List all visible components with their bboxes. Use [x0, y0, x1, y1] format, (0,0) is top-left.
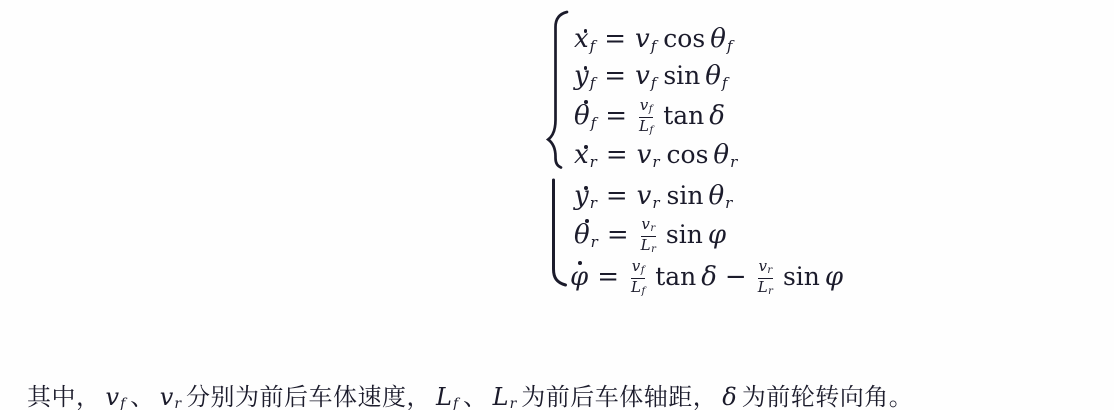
math-variable: vr — [160, 385, 181, 410]
subscript: f — [649, 104, 653, 115]
math-variable: vf — [632, 259, 645, 276]
fraction-denominator: Lf — [639, 119, 653, 136]
caption-text: 、 — [130, 383, 155, 410]
math-variable: vf — [635, 63, 656, 91]
caption-text: 其中， — [27, 383, 101, 410]
caption-text: 分别为前后车体速度， — [186, 383, 431, 410]
math-variable: xr — [574, 142, 597, 170]
fraction: vfLf — [639, 98, 653, 136]
subscript: r — [650, 223, 655, 234]
math-operator: tan — [663, 101, 704, 130]
equation-row-7: φ=vfLftanδ−vrLrsinφ — [570, 259, 843, 290]
math-operator: sin — [667, 181, 704, 210]
equals-sign: = — [604, 61, 626, 91]
derivative-dot-icon — [584, 100, 588, 104]
math-variable: xf — [574, 26, 595, 54]
math-variable: φ — [708, 222, 726, 248]
math-variable: Lr — [493, 385, 517, 410]
math-operator: tan — [655, 262, 696, 291]
math-variable: vr — [637, 142, 660, 170]
subscript: f — [641, 286, 645, 297]
equation-row-1: xf=vfcosθf — [574, 23, 732, 54]
equals-sign: = — [597, 262, 619, 292]
math-variable: Lf — [639, 119, 653, 136]
subscript: r — [651, 244, 656, 255]
variables-description: 其中，vf、vr分别为前后车体速度，Lf、Lr为前后车体轴距，δ为前轮转向角。 — [27, 380, 913, 410]
math-variable: Lf — [631, 280, 645, 297]
subscript: r — [730, 153, 737, 171]
subscript: f — [641, 265, 645, 276]
math-variable: Lr — [758, 280, 773, 297]
math-variable: δ — [709, 103, 725, 129]
fraction-numerator: vr — [641, 217, 656, 234]
math-variable: δ — [722, 385, 736, 409]
subscript: f — [727, 37, 733, 55]
math-variable: vr — [637, 183, 660, 211]
math-variable: φ — [825, 264, 843, 290]
caption-text: 为前轮转向角。 — [742, 383, 914, 410]
fraction-numerator: vf — [631, 259, 645, 276]
math-variable: Lf — [436, 385, 458, 410]
math-operator: sin — [666, 220, 703, 249]
math-variable: θf — [710, 26, 732, 54]
equation-row-6: θr=vrLrsinφ — [574, 217, 726, 248]
math-operator: cos — [663, 24, 705, 53]
fraction-numerator: vf — [639, 98, 653, 115]
math-variable: Lr — [641, 238, 656, 255]
subscript: f — [651, 37, 657, 55]
subscript: r — [768, 286, 773, 297]
math-variable: θf — [574, 103, 596, 131]
fraction-numerator: vr — [758, 259, 773, 276]
equation-row-4: xr=vrcosθr — [574, 139, 737, 170]
subscript: f — [651, 74, 657, 92]
fraction-denominator: Lr — [758, 280, 773, 297]
subscript: r — [652, 194, 659, 212]
equation-row-5: yr=vrsinθr — [574, 180, 732, 211]
math-variable: δ — [701, 264, 717, 290]
subscript: f — [120, 396, 125, 410]
subscript: r — [590, 153, 597, 171]
math-variable: θf — [705, 63, 727, 91]
math-variable: yr — [574, 183, 597, 211]
left-curly-brace — [544, 8, 574, 300]
fraction: vrLr — [758, 259, 773, 297]
math-variable: φ — [570, 264, 588, 290]
derivative-dot-icon — [585, 219, 589, 223]
equals-sign: = — [607, 220, 629, 250]
fraction: vrLr — [641, 217, 656, 255]
equation-row-3: θf=vfLftanδ — [574, 98, 725, 129]
subscript: r — [174, 396, 181, 410]
subscript: f — [649, 125, 653, 136]
equation-system: xf=vfcosθfyf=vfsinθfθf=vfLftanδxr=vrcosθ… — [544, 8, 904, 308]
subscript: r — [767, 265, 772, 276]
math-operator: sin — [663, 61, 700, 90]
math-variable: θr — [708, 183, 732, 211]
equals-sign: = — [606, 140, 628, 170]
document-page: xf=vfcosθfyf=vfsinθfθf=vfLftanδxr=vrcosθ… — [0, 0, 1114, 410]
equation-row-2: yf=vfsinθf — [574, 60, 727, 91]
math-variable: yf — [574, 63, 595, 91]
math-variable: vr — [758, 259, 772, 276]
subscript: f — [453, 396, 458, 410]
equals-sign: = — [606, 181, 628, 211]
fraction-denominator: Lf — [631, 280, 645, 297]
math-variable: vf — [635, 26, 656, 54]
subscript: f — [722, 74, 728, 92]
subscript: r — [510, 396, 517, 410]
subscript: r — [652, 153, 659, 171]
equals-sign: = — [604, 24, 626, 54]
equals-sign: = — [605, 101, 627, 131]
subscript: f — [590, 37, 596, 55]
minus-sign: − — [725, 262, 747, 292]
caption-text: 为前后车体轴距， — [521, 383, 717, 410]
derivative-dot-icon — [578, 261, 582, 265]
math-variable: vf — [106, 385, 126, 410]
caption-text: 、 — [463, 383, 488, 410]
math-variable: θr — [574, 222, 598, 250]
subscript: r — [591, 233, 598, 251]
math-operator: cos — [667, 140, 709, 169]
subscript: f — [590, 74, 596, 92]
math-variable: vf — [640, 98, 653, 115]
subscript: f — [591, 114, 597, 132]
fraction: vfLf — [631, 259, 645, 297]
math-operator: sin — [783, 262, 820, 291]
subscript: r — [725, 194, 732, 212]
math-variable: θr — [713, 142, 737, 170]
math-variable: vr — [641, 217, 655, 234]
subscript: r — [590, 194, 597, 212]
fraction-denominator: Lr — [641, 238, 656, 255]
